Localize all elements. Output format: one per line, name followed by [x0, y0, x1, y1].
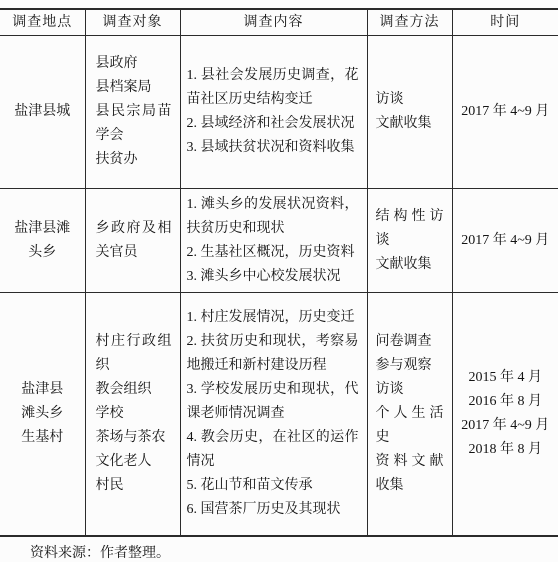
table-row: 盐津县城县政府县档案局县民宗局苗学会扶贫办1. 县社会发展历史调查，花苗社区历史…: [0, 36, 558, 189]
time-line: 2017 年 4~9 月: [455, 414, 557, 438]
source-note: 资料来源：作者整理。: [0, 537, 558, 562]
content-item: 1. 滩头乡的发展状况资料，扶贫历史和现状: [187, 193, 359, 241]
contents-cell: 1. 滩头乡的发展状况资料，扶贫历史和现状2. 生基社区概况，历史资料3. 滩头…: [180, 189, 367, 293]
time-line: 2015 年 4 月: [455, 366, 557, 390]
time-line: 2017 年 4~9 月: [455, 100, 557, 124]
location-line: 盐津县滩: [4, 217, 81, 241]
location-line: 滩头乡: [4, 402, 81, 426]
survey-table: 调查地点 调查对象 调查内容 调查方法 时间 盐津县城县政府县档案局县民宗局苗学…: [0, 8, 558, 537]
col-header-location: 调查地点: [0, 9, 85, 36]
location-line: 盐津县城: [4, 100, 81, 124]
subjects-cell: 乡政府及相关官员: [85, 189, 180, 293]
content-item: 3. 滩头乡中心校发展状况: [187, 265, 359, 289]
col-header-content: 调查内容: [180, 9, 367, 36]
method-item: 问卷调查: [376, 330, 444, 354]
content-item: 2. 县域经济和社会发展状况: [187, 112, 359, 136]
method-item: 参与观察: [376, 354, 444, 378]
time-line: 2018 年 8 月: [455, 438, 557, 462]
content-item: 2. 生基社区概况，历史资料: [187, 241, 359, 265]
time-line: 2016 年 8 月: [455, 390, 557, 414]
subject-item: 村民: [96, 474, 172, 498]
content-item: 1. 村庄发展情况，历史变迁: [187, 306, 359, 330]
table-row: 盐津县滩头乡乡政府及相关官员1. 滩头乡的发展状况资料，扶贫历史和现状2. 生基…: [0, 189, 558, 293]
contents-cell: 1. 县社会发展历史调查，花苗社区历史结构变迁2. 县域经济和社会发展状况3. …: [180, 36, 367, 189]
method-item: 个人生活史: [376, 402, 444, 450]
subject-item: 学校: [96, 402, 172, 426]
subject-item: 扶贫办: [96, 148, 172, 172]
col-header-subject: 调查对象: [85, 9, 180, 36]
table-header: 调查地点 调查对象 调查内容 调查方法 时间: [0, 9, 558, 36]
content-item: 5. 花山节和苗文传承: [187, 474, 359, 498]
methods-cell: 问卷调查参与观察访谈个人生活史资料文献收集: [367, 293, 452, 536]
subject-item: 乡政府及相关官员: [96, 217, 172, 265]
subject-item: 村庄行政组织: [96, 330, 172, 378]
table-body: 盐津县城县政府县档案局县民宗局苗学会扶贫办1. 县社会发展历史调查，花苗社区历史…: [0, 36, 558, 536]
header-row: 调查地点 调查对象 调查内容 调查方法 时间: [0, 9, 558, 36]
location-cell: 盐津县滩头乡生基村: [0, 293, 85, 536]
subject-item: 县政府: [96, 52, 172, 76]
content-item: 2. 扶贫历史和现状，考察易地搬迁和新村建设历程: [187, 330, 359, 378]
location-cell: 盐津县城: [0, 36, 85, 189]
subject-item: 县民宗局苗学会: [96, 100, 172, 148]
subject-item: 教会组织: [96, 378, 172, 402]
methods-cell: 访谈文献收集: [367, 36, 452, 189]
content-item: 1. 县社会发展历史调查，花苗社区历史结构变迁: [187, 64, 359, 112]
time-cell: 2017 年 4~9 月: [452, 36, 558, 189]
method-item: 结构性访谈: [376, 205, 444, 253]
content-item: 3. 县域扶贫状况和资料收集: [187, 136, 359, 160]
method-item: 访谈: [376, 88, 444, 112]
location-line: 生基村: [4, 426, 81, 450]
method-item: 文献收集: [376, 112, 444, 136]
method-item: 资料文献收集: [376, 450, 444, 498]
subject-item: 茶场与茶农: [96, 426, 172, 450]
content-item: 3. 学校发展历史和现状，代课老师情况调查: [187, 378, 359, 426]
content-item: 4. 教会历史，在社区的运作情况: [187, 426, 359, 474]
method-item: 文献收集: [376, 253, 444, 277]
subjects-cell: 县政府县档案局县民宗局苗学会扶贫办: [85, 36, 180, 189]
contents-cell: 1. 村庄发展情况，历史变迁2. 扶贫历史和现状，考察易地搬迁和新村建设历程3.…: [180, 293, 367, 536]
location-line: 头乡: [4, 241, 81, 265]
method-item: 访谈: [376, 378, 444, 402]
content-item: 6. 国营茶厂历史及其现状: [187, 498, 359, 522]
table-row: 盐津县滩头乡生基村村庄行政组织教会组织学校茶场与茶农文化老人村民1. 村庄发展情…: [0, 293, 558, 536]
time-cell: 2015 年 4 月2016 年 8 月2017 年 4~9 月2018 年 8…: [452, 293, 558, 536]
location-line: 盐津县: [4, 378, 81, 402]
time-cell: 2017 年 4~9 月: [452, 189, 558, 293]
col-header-time: 时间: [452, 9, 558, 36]
subject-item: 县档案局: [96, 76, 172, 100]
time-line: 2017 年 4~9 月: [455, 229, 557, 253]
document-page: 调查地点 调查对象 调查内容 调查方法 时间 盐津县城县政府县档案局县民宗局苗学…: [0, 8, 558, 562]
location-cell: 盐津县滩头乡: [0, 189, 85, 293]
col-header-method: 调查方法: [367, 9, 452, 36]
subjects-cell: 村庄行政组织教会组织学校茶场与茶农文化老人村民: [85, 293, 180, 536]
methods-cell: 结构性访谈文献收集: [367, 189, 452, 293]
subject-item: 文化老人: [96, 450, 172, 474]
